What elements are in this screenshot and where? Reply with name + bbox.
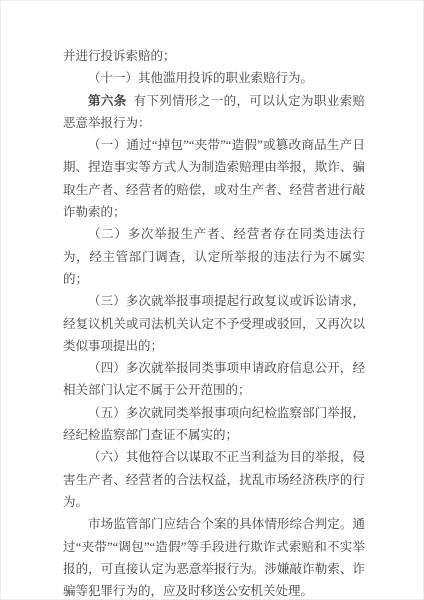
list-item-3: （三）多次就举报事项提起行政复议或诉讼请求，经复议机关或司法机关认定不予受理或驳… <box>63 290 365 357</box>
list-item-11: （十一）其他滥用投诉的职业索赔行为。 <box>63 67 365 89</box>
page: 并进行投诉索赔的； （十一）其他滥用投诉的职业索赔行为。 第六条有下列情形之一的… <box>1 1 424 600</box>
list-item-4: （四）多次就举报同类事项申请政府信息公开，经相关部门认定不属于公开范围的； <box>63 357 365 402</box>
list-item-5: （五）多次就同类举报事项向纪检监察部门举报，经纪检监察部门查证不属实的； <box>63 402 365 447</box>
document-page: { "document": { "language": "zh-CN", "co… <box>0 0 424 600</box>
list-item-6: （六）其他符合以谋取不正当利益为目的举报，侵害生产者、经营者的合法权益，扰乱市场… <box>63 446 365 513</box>
article-6-paragraph: 第六条有下列情形之一的，可以认定为职业索赔恶意举报行为： <box>63 90 365 135</box>
article-6-number: 第六条 <box>88 94 127 108</box>
paragraph-continuation: 并进行投诉索赔的； <box>63 45 365 67</box>
list-item-2: （二）多次举报生产者、经营者存在同类违法行为，经主管部门调查，认定所举报的违法行… <box>63 223 365 290</box>
list-item-1: （一）通过“掉包”“夹带”“造假”或篡改商品生产日期、捏造事实等方式人为制造索赔… <box>63 134 365 223</box>
closing-paragraph: 市场监管部门应结合个案的具体情形综合判定。通过“夹带”“调包”“造假”等手段进行… <box>63 513 365 600</box>
document-text-block: 并进行投诉索赔的； （十一）其他滥用投诉的职业索赔行为。 第六条有下列情形之一的… <box>63 45 365 600</box>
